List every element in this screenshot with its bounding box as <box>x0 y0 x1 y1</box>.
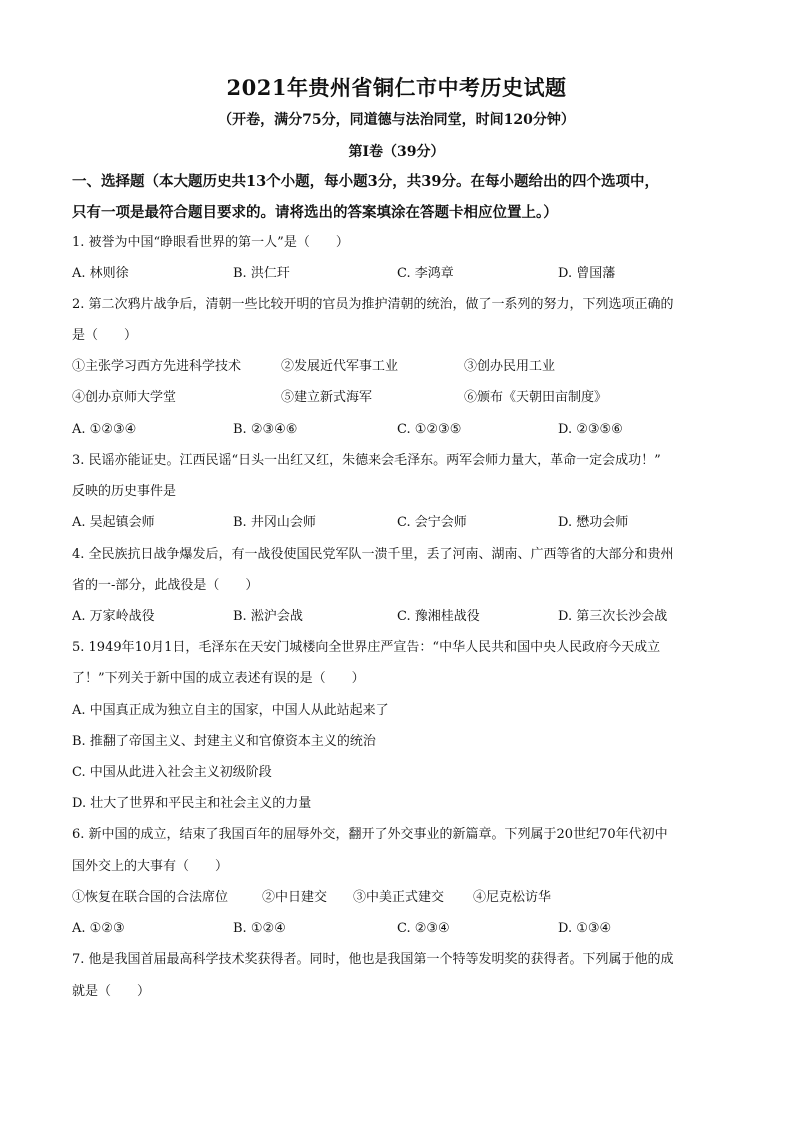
q5-option-a: A. 中国真正成为独立自主的国家，中国人从此站起来了 <box>72 702 389 720</box>
q2-item-1: ①主张学习西方先进科学技术 <box>72 358 241 376</box>
q1-option-a: A. 林则徐 <box>72 265 129 283</box>
q2-option-b: B. ②③④⑥ <box>233 421 297 439</box>
q4-option-b: B. 淞沪会战 <box>233 608 303 626</box>
q5-stem-1: 5. 1949年10月1日，毛泽东在天安门城楼向全世界庄严宣告：“中华人民共和国… <box>72 639 660 657</box>
q2-item-6: ⑥颁布《天朝田亩制度》 <box>464 389 607 407</box>
q7-stem-2: 就是（ ） <box>72 983 150 1001</box>
q1-option-c: C. 李鸿章 <box>397 265 454 283</box>
exam-title: 2021年贵州省铜仁市中考历史试题 <box>0 72 793 102</box>
q3-option-d: D. 懋功会师 <box>558 514 628 532</box>
section-instructions: 一、选择题（本大题历史共13个小题，每小题3分，共39分。在每小题给出的四个选项… <box>72 166 732 228</box>
exam-page: 2021年贵州省铜仁市中考历史试题 （开卷，满分75分，同道德与法治同堂，时间1… <box>0 0 793 1122</box>
q6-stem-2: 国外交上的大事有（ ） <box>72 858 228 876</box>
q3-option-a: A. 吴起镇会师 <box>72 514 155 532</box>
q2-option-d: D. ②③⑤⑥ <box>558 421 623 439</box>
q2-option-a: A. ①②③④ <box>72 421 136 439</box>
q6-option-d: D. ①③④ <box>558 920 611 938</box>
q4-stem-2: 省的一-部分，此战役是（ ） <box>72 577 258 595</box>
q2-item-5: ⑤建立新式海军 <box>281 389 372 407</box>
q6-item-2: ②中日建交 <box>262 889 327 907</box>
q2-item-3: ③创办民用工业 <box>464 358 555 376</box>
exam-subtitle: （开卷，满分75分，同道德与法治同堂，时间120分钟） <box>0 109 793 129</box>
q6-item-4: ④尼克松访华 <box>473 889 551 907</box>
q2-item-2: ②发展近代军事工业 <box>281 358 398 376</box>
q6-option-a: A. ①②③ <box>72 920 125 938</box>
q5-option-c: C. 中国从此进入社会主义初级阶段 <box>72 764 272 782</box>
q3-option-c: C. 会宁会师 <box>397 514 467 532</box>
q7-stem-1: 7. 他是我国首届最高科学技术奖获得者。同时，他也是我国第一个特等发明奖的获得者… <box>72 951 674 969</box>
q1-option-d: D. 曾国藩 <box>558 265 615 283</box>
q4-option-c: C. 豫湘桂战役 <box>397 608 480 626</box>
q2-item-4: ④创办京师大学堂 <box>72 389 176 407</box>
q1-stem: 1. 被誉为中国“睁眼看世界的第一人”是（ ） <box>72 234 349 252</box>
q6-option-b: B. ①②④ <box>233 920 286 938</box>
q1-option-b: B. 洪仁玕 <box>233 265 290 283</box>
q6-option-c: C. ②③④ <box>397 920 450 938</box>
q5-option-b: B. 推翻了帝国主义、封建主义和官僚资本主义的统治 <box>72 733 376 751</box>
q2-stem-2: 是（ ） <box>72 327 137 345</box>
q2-option-c: C. ①②③⑤ <box>397 421 461 439</box>
q4-stem-1: 4. 全民族抗日战争爆发后，有一战役使国民党军队一溃千里，丢了河南、湖南、广西等… <box>72 546 674 564</box>
q5-option-d: D. 壮大了世界和平民主和社会主义的力量 <box>72 795 311 813</box>
section-line-1: 一、选择题（本大题历史共13个小题，每小题3分，共39分。在每小题给出的四个选项… <box>72 166 732 197</box>
q3-stem-2: 反映的历史事件是 <box>72 483 176 501</box>
volume-heading: 第Ⅰ卷（39分） <box>0 141 793 161</box>
q4-option-a: A. 万家岭战役 <box>72 608 155 626</box>
q3-option-b: B. 井冈山会师 <box>233 514 316 532</box>
q6-item-1: ①恢复在联合国的合法席位 <box>72 889 228 907</box>
q3-stem-1: 3. 民谣亦能证史。江西民谣“日头一出红又红，朱德来会毛泽东。两军会师力量大，革… <box>72 452 661 470</box>
q5-stem-2: 了！”下列关于新中国的成立表述有误的是（ ） <box>72 670 365 688</box>
section-line-2: 只有一项是最符合题目要求的。请将选出的答案填涂在答题卡相应位置上。） <box>72 197 732 228</box>
q2-stem-1: 2. 第二次鸦片战争后，清朝一些比较开明的官员为推护清朝的统治，做了一系列的努力… <box>72 296 674 314</box>
q4-option-d: D. 第三次长沙会战 <box>558 608 667 626</box>
q6-stem-1: 6. 新中国的成立，结束了我国百年的屈辱外交，翻开了外交事业的新篇章。下列属于2… <box>72 826 668 844</box>
q6-item-3: ③中美正式建交 <box>353 889 444 907</box>
